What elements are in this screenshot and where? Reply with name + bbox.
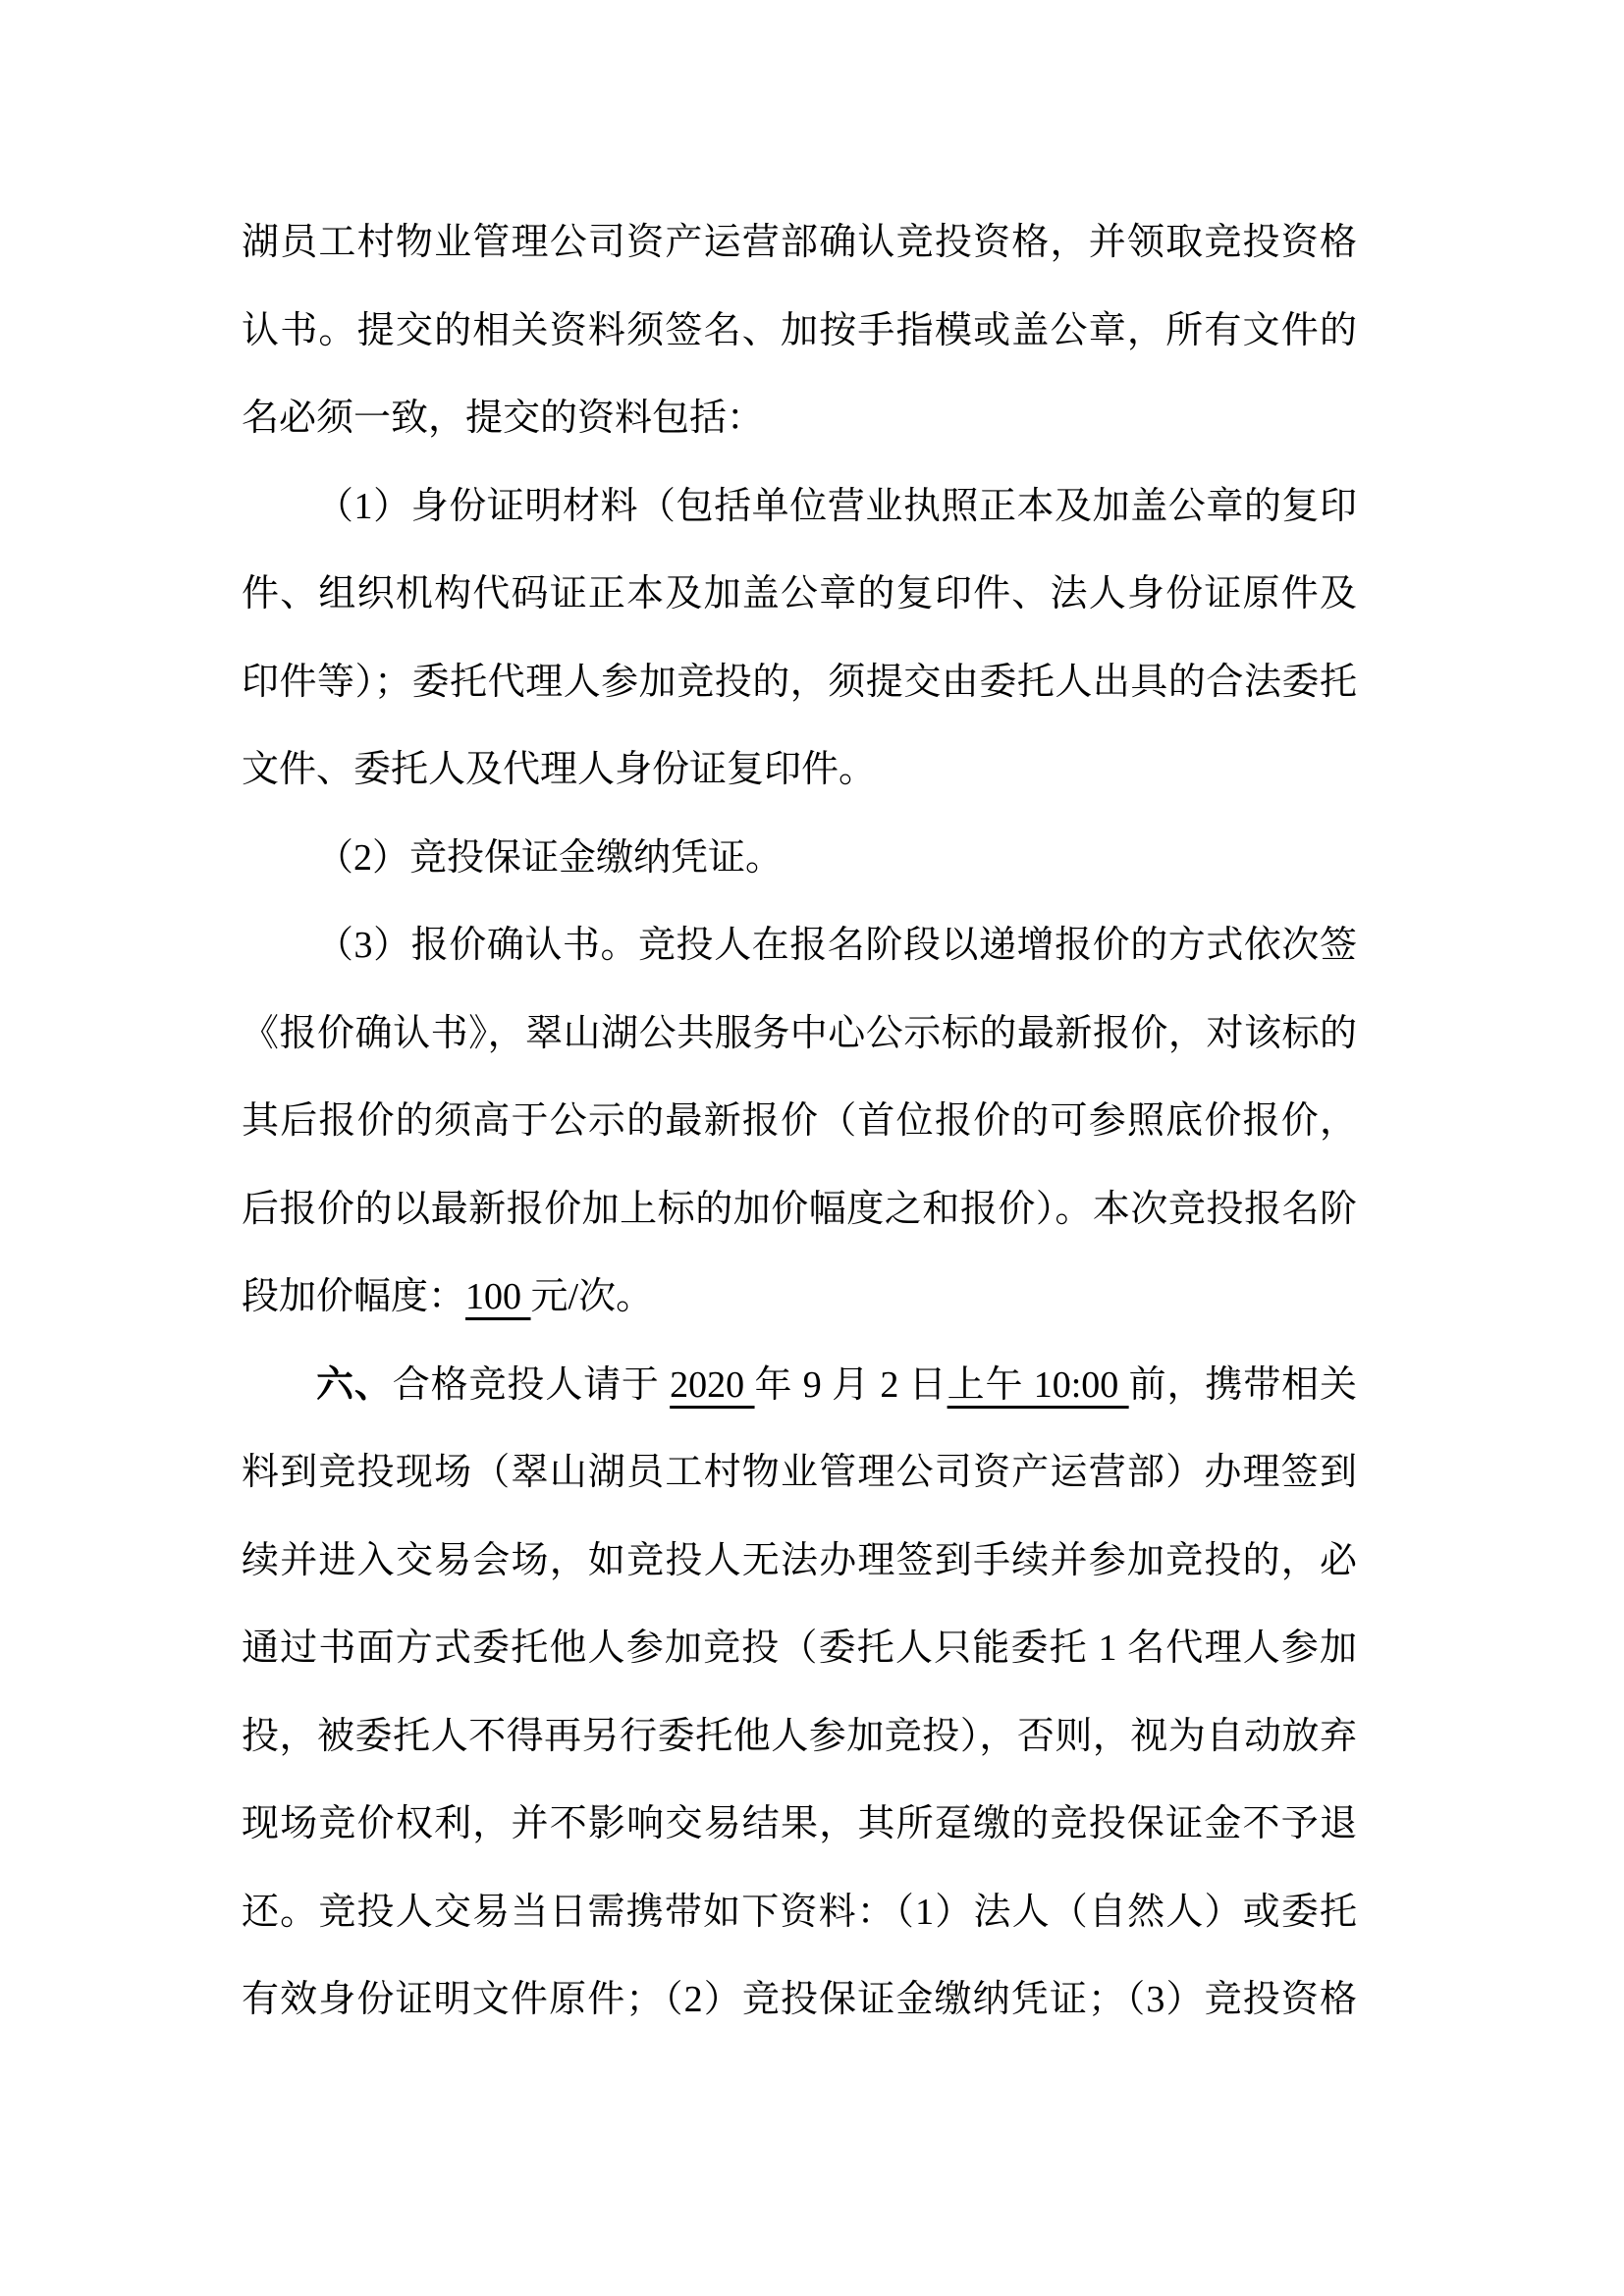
text-line: 还。竞投人交易当日需携带如下资料：（1）法人（自然人）或委托人 <box>242 1869 1357 1957</box>
text-segment: 印件等）；委托代理人参加竞投的，须提交由委托人出具的合法委托 <box>242 662 1357 703</box>
text-segment: 年 9 月 2 日 <box>755 1364 947 1406</box>
text-line: 现场竞价权利，并不影响交易结果，其所趸缴的竞投保证金不予退 <box>242 1781 1357 1869</box>
text-line: 《报价确认书》，翠山湖公共服务中心公示标的最新报价，对该标的 <box>242 990 1357 1079</box>
underlined-text: 100 <box>465 1276 531 1317</box>
text-segment: 名必须一致，提交的资料包括： <box>242 398 764 439</box>
text-segment: 投，被委托人不得再另行委托他人参加竞投），否则，视为自动放弃 <box>242 1716 1357 1757</box>
text-line: 有效身份证明文件原件；（2）竞投保证金缴纳凭证；（3）竞投资格 <box>242 1956 1357 2045</box>
document-body: 湖员工村物业管理公司资产运营部确认竞投资格，并领取竞投资格确认书。提交的相关资料… <box>242 199 1357 2045</box>
text-line: 湖员工村物业管理公司资产运营部确认竞投资格，并领取竞投资格确 <box>242 199 1357 288</box>
text-line: 后报价的以最新报价加上标的加价幅度之和报价）。本次竞投报名阶 <box>242 1166 1357 1255</box>
text-line: （3）报价确认书。竞投人在报名阶段以递增报价的方式依次签订 <box>242 902 1357 990</box>
text-segment: （3）报价确认书。竞投人在报名阶段以递增报价的方式依次签订 <box>316 925 1357 990</box>
para-continuation: 湖员工村物业管理公司资产运营部确认竞投资格，并领取竞投资格确认书。提交的相关资料… <box>242 199 1357 463</box>
text-segment: 料到竞投现场（翠山湖员工村物业管理公司资产运营部）办理签到手 <box>242 1452 1357 1518</box>
text-segment: 后报价的以最新报价加上标的加价幅度之和报价）。本次竞投报名阶 <box>242 1189 1357 1230</box>
text-line: 其后报价的须高于公示的最新报价（首位报价的可参照底价报价，其 <box>242 1078 1357 1166</box>
underlined-text: 上午 10:00 <box>947 1364 1129 1406</box>
text-segment: 合格竞投人请于 <box>393 1364 670 1406</box>
text-segment: 件、组织机构代码证正本及加盖公章的复印件、法人身份证原件及复 <box>242 573 1357 639</box>
text-segment: 《报价确认书》，翠山湖公共服务中心公示标的最新报价，对该标的 <box>242 1013 1357 1054</box>
text-line: 件、组织机构代码证正本及加盖公章的复印件、法人身份证原件及复 <box>242 551 1357 639</box>
text-line: 名必须一致，提交的资料包括： <box>242 375 1357 463</box>
text-line: 投，被委托人不得再另行委托他人参加竞投），否则，视为自动放弃 <box>242 1693 1357 1782</box>
text-segment: 通过书面方式委托他人参加竞投（委托人只能委托 1 名代理人参加竞 <box>242 1628 1357 1693</box>
text-segment: 其后报价的须高于公示的最新报价（首位报价的可参照底价报价，其 <box>242 1100 1357 1166</box>
text-line: 六、合格竞投人请于 2020 年 9 月 2 日上午 10:00 前，携带相关资 <box>242 1342 1357 1430</box>
para-item-1: （1）身份证明材料（包括单位营业执照正本及加盖公章的复印件、组织机构代码证正本及… <box>242 463 1357 815</box>
text-line: 段加价幅度：100 元/次。 <box>242 1254 1357 1342</box>
text-segment: 还。竞投人交易当日需携带如下资料：（1）法人（自然人）或委托人 <box>242 1892 1357 1957</box>
text-line: （1）身份证明材料（包括单位营业执照正本及加盖公章的复印 <box>242 463 1357 552</box>
underlined-text: 2020 <box>670 1364 754 1406</box>
text-line: 印件等）；委托代理人参加竞投的，须提交由委托人出具的合法委托 <box>242 639 1357 727</box>
text-segment: 文件、委托人及代理人身份证复印件。 <box>242 749 876 790</box>
text-segment: 现场竞价权利，并不影响交易结果，其所趸缴的竞投保证金不予退 <box>242 1803 1357 1844</box>
document-page: 湖员工村物业管理公司资产运营部确认竞投资格，并领取竞投资格确认书。提交的相关资料… <box>0 0 1624 2296</box>
text-segment: 认书。提交的相关资料须签名、加按手指模或盖公章，所有文件的签 <box>242 310 1357 376</box>
text-segment: （2）竞投保证金缴纳凭证。 <box>316 837 783 879</box>
text-segment: 元/次。 <box>531 1276 654 1317</box>
text-segment: 续并进入交易会场，如竞投人无法办理签到手续并参加竞投的，必须 <box>242 1540 1357 1606</box>
text-line: 认书。提交的相关资料须签名、加按手指模或盖公章，所有文件的签 <box>242 288 1357 376</box>
text-line: （2）竞投保证金缴纳凭证。 <box>242 815 1357 903</box>
text-segment: 湖员工村物业管理公司资产运营部确认竞投资格，并领取竞投资格确 <box>242 222 1357 288</box>
text-line: 料到竞投现场（翠山湖员工村物业管理公司资产运营部）办理签到手 <box>242 1429 1357 1518</box>
text-line: 文件、委托人及代理人身份证复印件。 <box>242 726 1357 815</box>
text-line: 通过书面方式委托他人参加竞投（委托人只能委托 1 名代理人参加竞 <box>242 1605 1357 1693</box>
para-item-3: （3）报价确认书。竞投人在报名阶段以递增报价的方式依次签订《报价确认书》，翠山湖… <box>242 902 1357 1342</box>
text-segment: （1）身份证明材料（包括单位营业执照正本及加盖公章的复印 <box>316 486 1357 527</box>
text-segment: 有效身份证明文件原件；（2）竞投保证金缴纳凭证；（3）竞投资格 <box>242 1979 1357 2020</box>
section-number-bold: 六、 <box>316 1364 393 1406</box>
text-line: 续并进入交易会场，如竞投人无法办理签到手续并参加竞投的，必须 <box>242 1518 1357 1606</box>
para-item-2: （2）竞投保证金缴纳凭证。 <box>242 815 1357 903</box>
para-section-6: 六、合格竞投人请于 2020 年 9 月 2 日上午 10:00 前，携带相关资… <box>242 1342 1357 2045</box>
text-segment: 段加价幅度： <box>242 1276 465 1317</box>
